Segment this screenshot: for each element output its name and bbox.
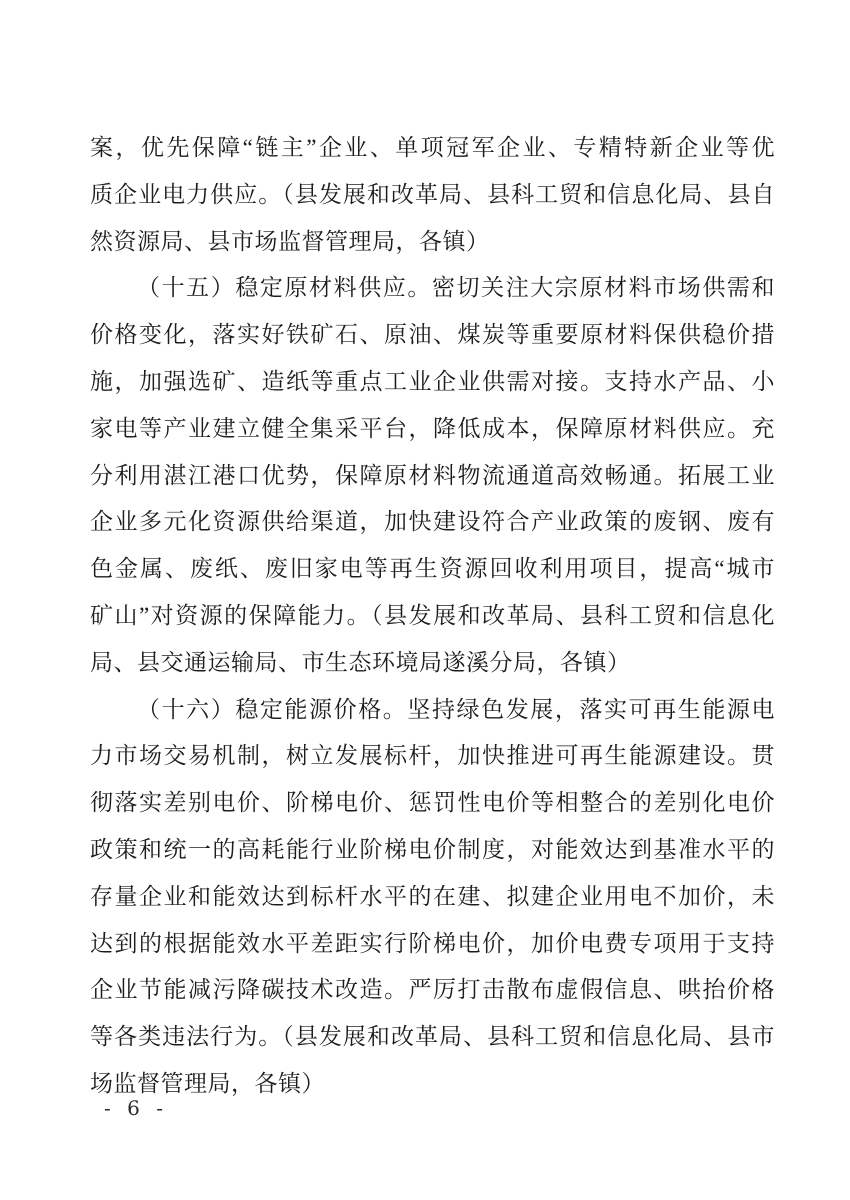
text-line: 家电等产业建立健全集采平台，降低成本，保障原材料供应。充	[90, 406, 775, 453]
text-line: 企业多元化资源供给渠道，加快建设符合产业政策的废钢、废有	[90, 499, 775, 546]
text-line: 场监督管理局，各镇）	[90, 1061, 775, 1108]
text-line: 等各类违法行为。（县发展和改革局、县科工贸和信息化局、县市	[90, 1014, 775, 1061]
text-line: 然资源局、县市场监督管理局，各镇）	[90, 219, 775, 266]
text-line: （十六）稳定能源价格。坚持绿色发展，落实可再生能源电	[90, 687, 775, 734]
document-page: 案，优先保障“链主”企业、单项冠军企业、专精特新企业等优 质企业电力供应。（县发…	[0, 0, 850, 1200]
text-line: 分利用湛江港口优势，保障原材料物流通道高效畅通。拓展工业	[90, 453, 775, 500]
text-line: 案，优先保障“链主”企业、单项冠军企业、专精特新企业等优	[90, 125, 775, 172]
text-line: 价格变化，落实好铁矿石、原油、煤炭等重要原材料保供稳价措	[90, 312, 775, 359]
text-line: 企业节能减污降碳技术改造。严厉打击散布虚假信息、哄抬价格	[90, 967, 775, 1014]
text-line: （十五）稳定原材料供应。密切关注大宗原材料市场供需和	[90, 265, 775, 312]
paragraph-continuation: 案，优先保障“链主”企业、单项冠军企业、专精特新企业等优 质企业电力供应。（县发…	[90, 125, 775, 265]
page-number: - 6 -	[104, 1096, 168, 1120]
text-line: 力市场交易机制，树立发展标杆，加快推进可再生能源建设。贯	[90, 733, 775, 780]
text-line: 达到的根据能效水平差距实行阶梯电价，加价电费专项用于支持	[90, 921, 775, 968]
text-line: 存量企业和能效达到标杆水平的在建、拟建企业用电不加价，未	[90, 874, 775, 921]
text-line: 矿山”对资源的保障能力。（县发展和改革局、县科工贸和信息化	[90, 593, 775, 640]
paragraph-item-16: （十六）稳定能源价格。坚持绿色发展，落实可再生能源电 力市场交易机制，树立发展标…	[90, 687, 775, 1108]
document-body-text: 案，优先保障“链主”企业、单项冠军企业、专精特新企业等优 质企业电力供应。（县发…	[90, 125, 775, 1108]
text-line: 质企业电力供应。（县发展和改革局、县科工贸和信息化局、县自	[90, 172, 775, 219]
text-line: 彻落实差别电价、阶梯电价、惩罚性电价等相整合的差别化电价	[90, 780, 775, 827]
text-line: 色金属、废纸、废旧家电等再生资源回收利用项目，提高“城市	[90, 546, 775, 593]
text-line: 施，加强选矿、造纸等重点工业企业供需对接。支持水产品、小	[90, 359, 775, 406]
paragraph-item-15: （十五）稳定原材料供应。密切关注大宗原材料市场供需和 价格变化，落实好铁矿石、原…	[90, 265, 775, 686]
text-line: 局、县交通运输局、市生态环境局遂溪分局，各镇）	[90, 640, 775, 687]
text-line: 政策和统一的高耗能行业阶梯电价制度，对能效达到基准水平的	[90, 827, 775, 874]
